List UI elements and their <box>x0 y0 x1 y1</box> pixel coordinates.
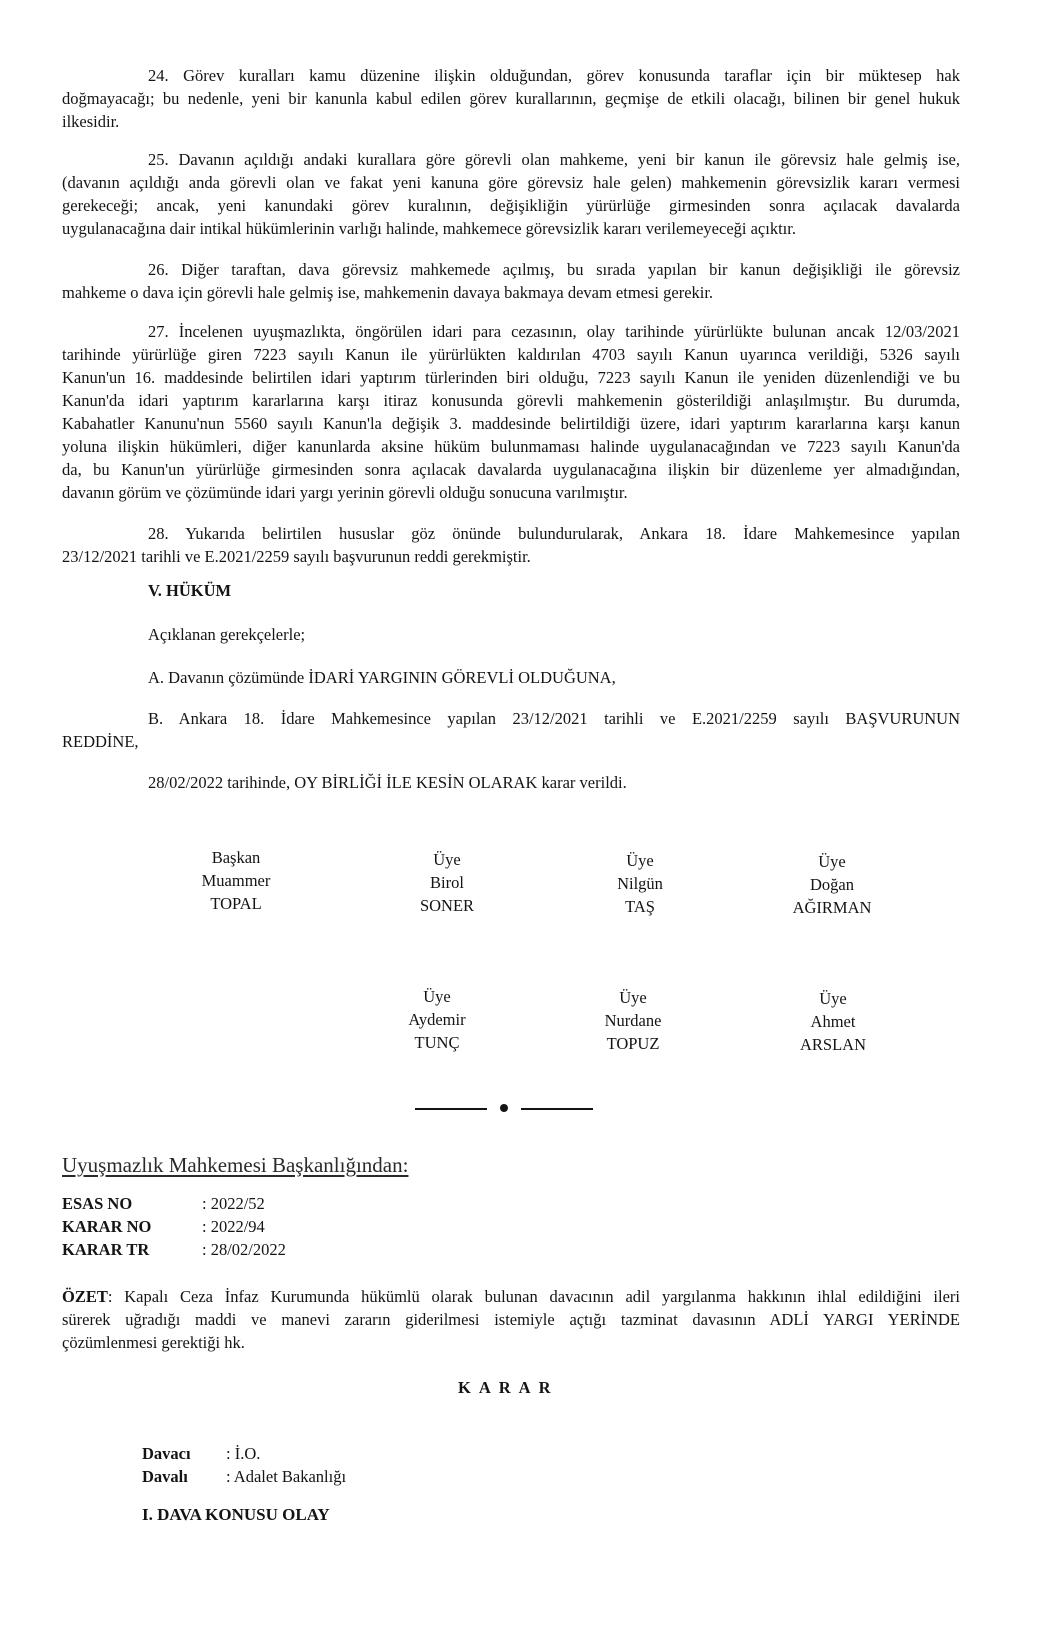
final-suffix: karar verildi. <box>537 773 626 792</box>
sig-role: Başkan <box>156 846 316 869</box>
section-heading: I. DAVA KONUSU OLAY <box>142 1503 330 1526</box>
party-row-davali: Davalı: Adalet Bakanlığı <box>142 1465 346 1488</box>
item-a-prefix: A. Davanın çözümünde <box>148 668 308 687</box>
hukum-heading: V. HÜKÜM <box>148 579 231 602</box>
text-line: yoluna ilişkin hükümleri, diğer kanunlar… <box>62 435 960 458</box>
paragraph-27: 27. İncelenen uyuşmazlıkta, öngörülen id… <box>62 320 960 504</box>
text-line: Kabahatler Kanunu'nun 5560 sayılı Kanun'… <box>62 412 960 435</box>
sig-first: Nilgün <box>560 872 720 895</box>
sig-role: Üye <box>367 848 527 871</box>
text-line: çözümlenmesi gerektiği hk. <box>62 1331 960 1354</box>
meta-value: : 2022/52 <box>202 1194 265 1213</box>
text-line: 25. Davanın açıldığı andaki kurallara gö… <box>62 148 960 171</box>
sig-last: TOPAL <box>156 892 316 915</box>
text-line: da, bu Kanun'un yürürlüğe girmesinden so… <box>62 458 960 481</box>
final-emph: OY BİRLİĞİ İLE KESİN OLARAK <box>294 773 537 792</box>
section-divider <box>415 1102 593 1114</box>
sig-last: ARSLAN <box>753 1033 913 1056</box>
signature-block: Başkan Muammer TOPAL <box>156 846 316 915</box>
party-key: Davalı <box>142 1465 226 1488</box>
divider-dot-icon <box>500 1104 508 1112</box>
meta-key: KARAR TR <box>62 1238 202 1261</box>
paragraph-28: 28. Yukarıda belirtilen hususlar göz önü… <box>62 522 960 568</box>
meta-row-karar-no: KARAR NO: 2022/94 <box>62 1215 265 1238</box>
sig-role: Üye <box>357 985 517 1008</box>
party-row-davaci: Davacı: İ.O. <box>142 1442 260 1465</box>
sig-role: Üye <box>753 987 913 1010</box>
paragraph-26: 26. Diğer taraftan, dava görevsiz mahkem… <box>62 258 960 304</box>
text-line: uygulanacağına dair intikal hükümlerinin… <box>62 217 960 240</box>
text-line: gerekeceği; ancak, yeni kanundaki görev … <box>62 194 960 217</box>
text-line: REDDİNE, <box>62 730 960 753</box>
sig-first: Aydemir <box>357 1008 517 1031</box>
divider-line-right <box>521 1108 593 1110</box>
sig-first: Muammer <box>156 869 316 892</box>
summary-label: ÖZET <box>62 1287 108 1306</box>
sig-role: Üye <box>560 849 720 872</box>
text-line: sürerek uğradığı maddi ve manevi zararın… <box>62 1308 960 1331</box>
sig-first: Ahmet <box>753 1010 913 1033</box>
sig-role: Üye <box>553 986 713 1009</box>
sig-role: Üye <box>752 850 912 873</box>
hukum-final: 28/02/2022 tarihinde, OY BİRLİĞİ İLE KES… <box>148 771 627 794</box>
party-key: Davacı <box>142 1442 226 1465</box>
text-line: 24. Görev kuralları kamu düzenine ilişki… <box>62 64 960 87</box>
sig-last: TUNÇ <box>357 1031 517 1054</box>
summary: ÖZET: Kapalı Ceza İnfaz Kurumunda hüküml… <box>62 1285 960 1354</box>
text-line: 28. Yukarıda belirtilen hususlar göz önü… <box>62 522 960 545</box>
court-title: Uyuşmazlık Mahkemesi Başkanlığından: <box>62 1152 408 1178</box>
divider-line-left <box>415 1108 487 1110</box>
text-line: 26. Diğer taraftan, dava görevsiz mahkem… <box>62 258 960 281</box>
paragraph-24: 24. Görev kuralları kamu düzenine ilişki… <box>62 64 960 133</box>
sig-last: TOPUZ <box>553 1032 713 1055</box>
meta-value: : 28/02/2022 <box>202 1240 286 1259</box>
sig-last: TAŞ <box>560 895 720 918</box>
signature-block: Üye Aydemir TUNÇ <box>357 985 517 1054</box>
signature-block: Üye Nurdane TOPUZ <box>553 986 713 1055</box>
text-line: B. Ankara 18. İdare Mahkemesince yapılan… <box>62 707 960 730</box>
item-a-emph: İDARİ YARGININ GÖREVLİ OLDUĞUNA, <box>308 668 615 687</box>
text-line: ilkesidir. <box>62 110 960 133</box>
text-line: 27. İncelenen uyuşmazlıkta, öngörülen id… <box>62 320 960 343</box>
final-prefix: 28/02/2022 tarihinde, <box>148 773 294 792</box>
text-line: mahkeme o dava için görevli hale gelmiş … <box>62 281 960 304</box>
signature-block: Üye Birol SONER <box>367 848 527 917</box>
text-line: ÖZET: Kapalı Ceza İnfaz Kurumunda hüküml… <box>62 1285 960 1308</box>
party-value: : İ.O. <box>226 1444 260 1463</box>
text-line: doğmayacağı; bu nedenle, yeni bir kanunl… <box>62 87 960 110</box>
sig-first: Birol <box>367 871 527 894</box>
meta-value: : 2022/94 <box>202 1217 265 1236</box>
paragraph-25: 25. Davanın açıldığı andaki kurallara gö… <box>62 148 960 240</box>
text-line: 23/12/2021 tarihli ve E.2021/2259 sayılı… <box>62 545 960 568</box>
meta-row-karar-tr: KARAR TR: 28/02/2022 <box>62 1238 286 1261</box>
meta-row-esas: ESAS NO: 2022/52 <box>62 1192 265 1215</box>
text-line: Kanun'un 16. maddesinde belirtilen idari… <box>62 366 960 389</box>
karar-heading: KARAR <box>458 1378 559 1398</box>
meta-key: KARAR NO <box>62 1215 202 1238</box>
sig-first: Nurdane <box>553 1009 713 1032</box>
meta-key: ESAS NO <box>62 1192 202 1215</box>
hukum-intro: Açıklanan gerekçelerle; <box>148 623 305 646</box>
sig-last: AĞIRMAN <box>752 896 912 919</box>
party-value: : Adalet Bakanlığı <box>226 1467 346 1486</box>
signature-block: Üye Doğan AĞIRMAN <box>752 850 912 919</box>
hukum-item-b: B. Ankara 18. İdare Mahkemesince yapılan… <box>62 707 960 753</box>
sig-last: SONER <box>367 894 527 917</box>
text-line: Kanun'da idari yaptırım kararlarına karş… <box>62 389 960 412</box>
signature-block: Üye Nilgün TAŞ <box>560 849 720 918</box>
summary-line: : Kapalı Ceza İnfaz Kurumunda hükümlü ol… <box>108 1287 960 1306</box>
text-line: davanın görüm ve çözümünde idari yargı y… <box>62 481 960 504</box>
text-line: (davanın açıldığı anda görevli olan ve f… <box>62 171 960 194</box>
hukum-item-a: A. Davanın çözümünde İDARİ YARGININ GÖRE… <box>148 666 616 689</box>
text-line: tarihinde yürürlüğe giren 7223 sayılı Ka… <box>62 343 960 366</box>
signature-block: Üye Ahmet ARSLAN <box>753 987 913 1056</box>
sig-first: Doğan <box>752 873 912 896</box>
